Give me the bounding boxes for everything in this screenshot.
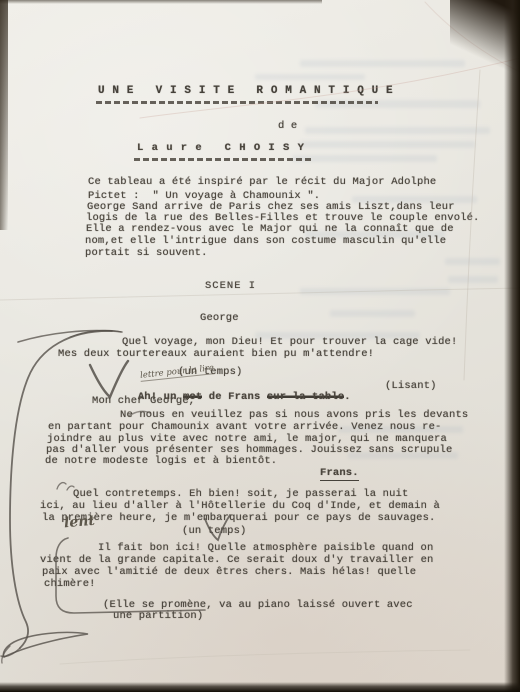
- author-underline: [134, 158, 312, 161]
- byline-de: d e: [278, 121, 297, 132]
- page-title: U N E V I S I T E R O M A N T I Q U E: [98, 86, 393, 97]
- stage-direction: une partition): [113, 611, 203, 622]
- dialogue-line: Quel voyage, mon Dieu! Et pour trouver l…: [122, 337, 457, 348]
- intro-line: Elle a rendez-vous avec le Major qui ne …: [86, 224, 454, 235]
- pencil-squiggle: [57, 483, 74, 490]
- stage-direction: (un temps): [182, 526, 247, 537]
- photo-edge-top: [0, 0, 322, 4]
- bleed-through-text: [292, 155, 437, 162]
- bleed-through-text: [445, 258, 500, 265]
- letter-line: en partant pour Chamounix avant votre ar…: [48, 422, 442, 433]
- bleed-through-text: [300, 288, 450, 295]
- dialogue-line: Quel contretemps. Eh bien! soit, je pass…: [73, 489, 408, 500]
- dialogue-line: Mes deux tourtereaux auraient bien pu m'…: [58, 349, 374, 360]
- pencil-bottom-loop: [2, 646, 10, 663]
- pencil-margin-bracket: [1, 648, 20, 657]
- photo-edge-bottom: [0, 682, 520, 692]
- scene-heading: SCENE I: [205, 281, 256, 292]
- intro-line: portait si souvent.: [85, 248, 208, 259]
- bleed-through-text: [448, 276, 498, 283]
- dialogue-line: la première heure, je m'embarquerai pour…: [42, 513, 436, 524]
- handwritten-insertion: lettre pour la lire: [140, 363, 215, 382]
- paper-crease: [60, 650, 470, 664]
- letter-line: Ne nous en veuillez pas si nous avons pr…: [120, 410, 468, 421]
- photo-edge-left: [0, 0, 8, 230]
- speaker-george: George: [200, 313, 239, 324]
- bleed-through-text: [300, 60, 465, 67]
- dialogue-line: Il fait bon ici! Quelle atmosphère paisi…: [98, 543, 433, 554]
- handwritten-tempo-note: lent: [63, 513, 95, 532]
- paper-crease: [464, 70, 480, 380]
- bleed-through-text: [305, 127, 490, 134]
- struck-phrase: sur la table: [267, 391, 344, 403]
- pencil-arrow-stroke: [18, 331, 122, 342]
- bleed-through-text: [330, 310, 415, 317]
- bleed-through-text: [300, 141, 475, 148]
- letter-salutation: Mon cher George,: [92, 396, 195, 407]
- script-page-photo: U N E V I S I T E R O M A N T I Q U E d …: [0, 0, 520, 692]
- intro-line: Ce tableau a été inspiré par le récit du…: [88, 177, 436, 188]
- dialogue-line: vient de la grande capitale. Ce serait d…: [40, 555, 434, 566]
- letter-opening-mid: de Frans: [202, 391, 267, 403]
- author-name: L a u r e C H O I S Y: [137, 143, 305, 154]
- bleed-through-text: [255, 74, 365, 80]
- dialogue-line: paix avec l'amitié de deux êtres chers. …: [42, 567, 416, 578]
- letter-opening-post: .: [344, 391, 350, 403]
- signature-frans: Frans.: [320, 468, 359, 481]
- dialogue-line: chimère!: [44, 579, 96, 590]
- pencil-bottom-loop: [3, 632, 88, 657]
- intro-line: nom,et elle l'intrigue dans son costume …: [85, 236, 446, 247]
- dialogue-line: ici, au lieu d'aller à l'Hôtellerie du C…: [40, 501, 440, 512]
- photo-edge-right: [504, 0, 520, 692]
- photo-corner-top-right: [450, 0, 520, 100]
- title-underline: [96, 101, 378, 104]
- letter-line: de notre modeste logis et à bientôt.: [45, 456, 277, 467]
- pencil-arrow-stroke: [70, 330, 121, 337]
- aside-lisant: (Lisant): [385, 381, 437, 392]
